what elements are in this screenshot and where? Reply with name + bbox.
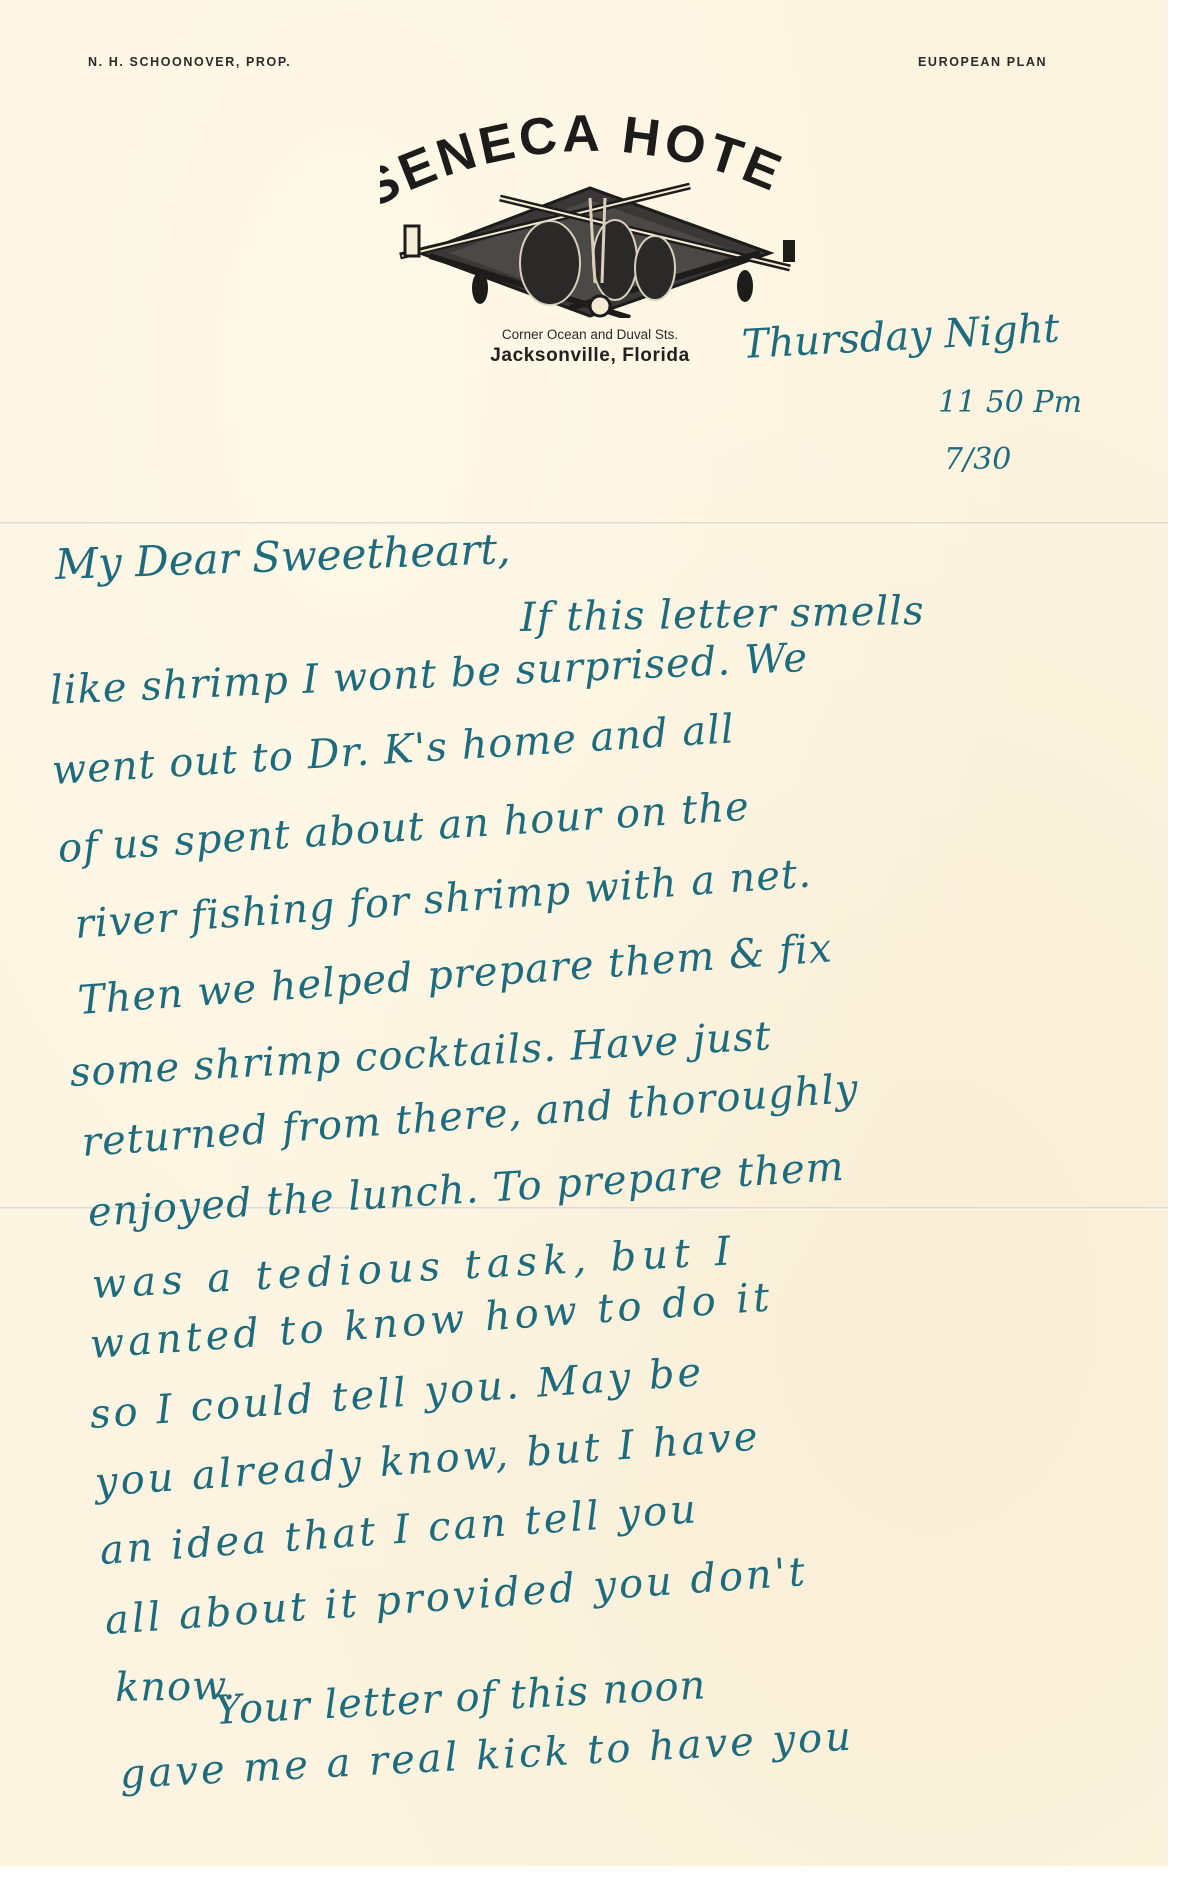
letterhead-plan: EUROPEAN PLAN [918,55,1047,69]
letterhead-proprietor: N. H. SCHOONOVER, PROP. [88,55,291,69]
letter-line: of us spent about an hour on the [57,784,751,872]
letterhead-address-street: Corner Ocean and Duval Sts. [460,327,720,342]
letter-line: went out to Dr. K's home and all [51,706,736,794]
letter-paper: N. H. SCHOONOVER, PROP. EUROPEAN PLAN SE… [0,0,1168,1866]
letter-line: Then we helped prepare them & fix [76,925,833,1024]
fold-line-upper [0,522,1168,525]
dateline-time: 11 50 Pm [938,385,1082,420]
letter-line: Your letter of this noon [214,1662,708,1734]
letterhead-address-city: Jacksonville, Florida [440,345,740,367]
letter-salutation: My Dear Sweetheart, [54,524,511,589]
letter-line: If this letter smells [520,588,925,641]
dateline-date: 7/30 [944,442,1011,477]
letter-line: like shrimp I wont be surprised. We [49,635,809,714]
native-american-teepee-scene-icon [390,168,800,318]
